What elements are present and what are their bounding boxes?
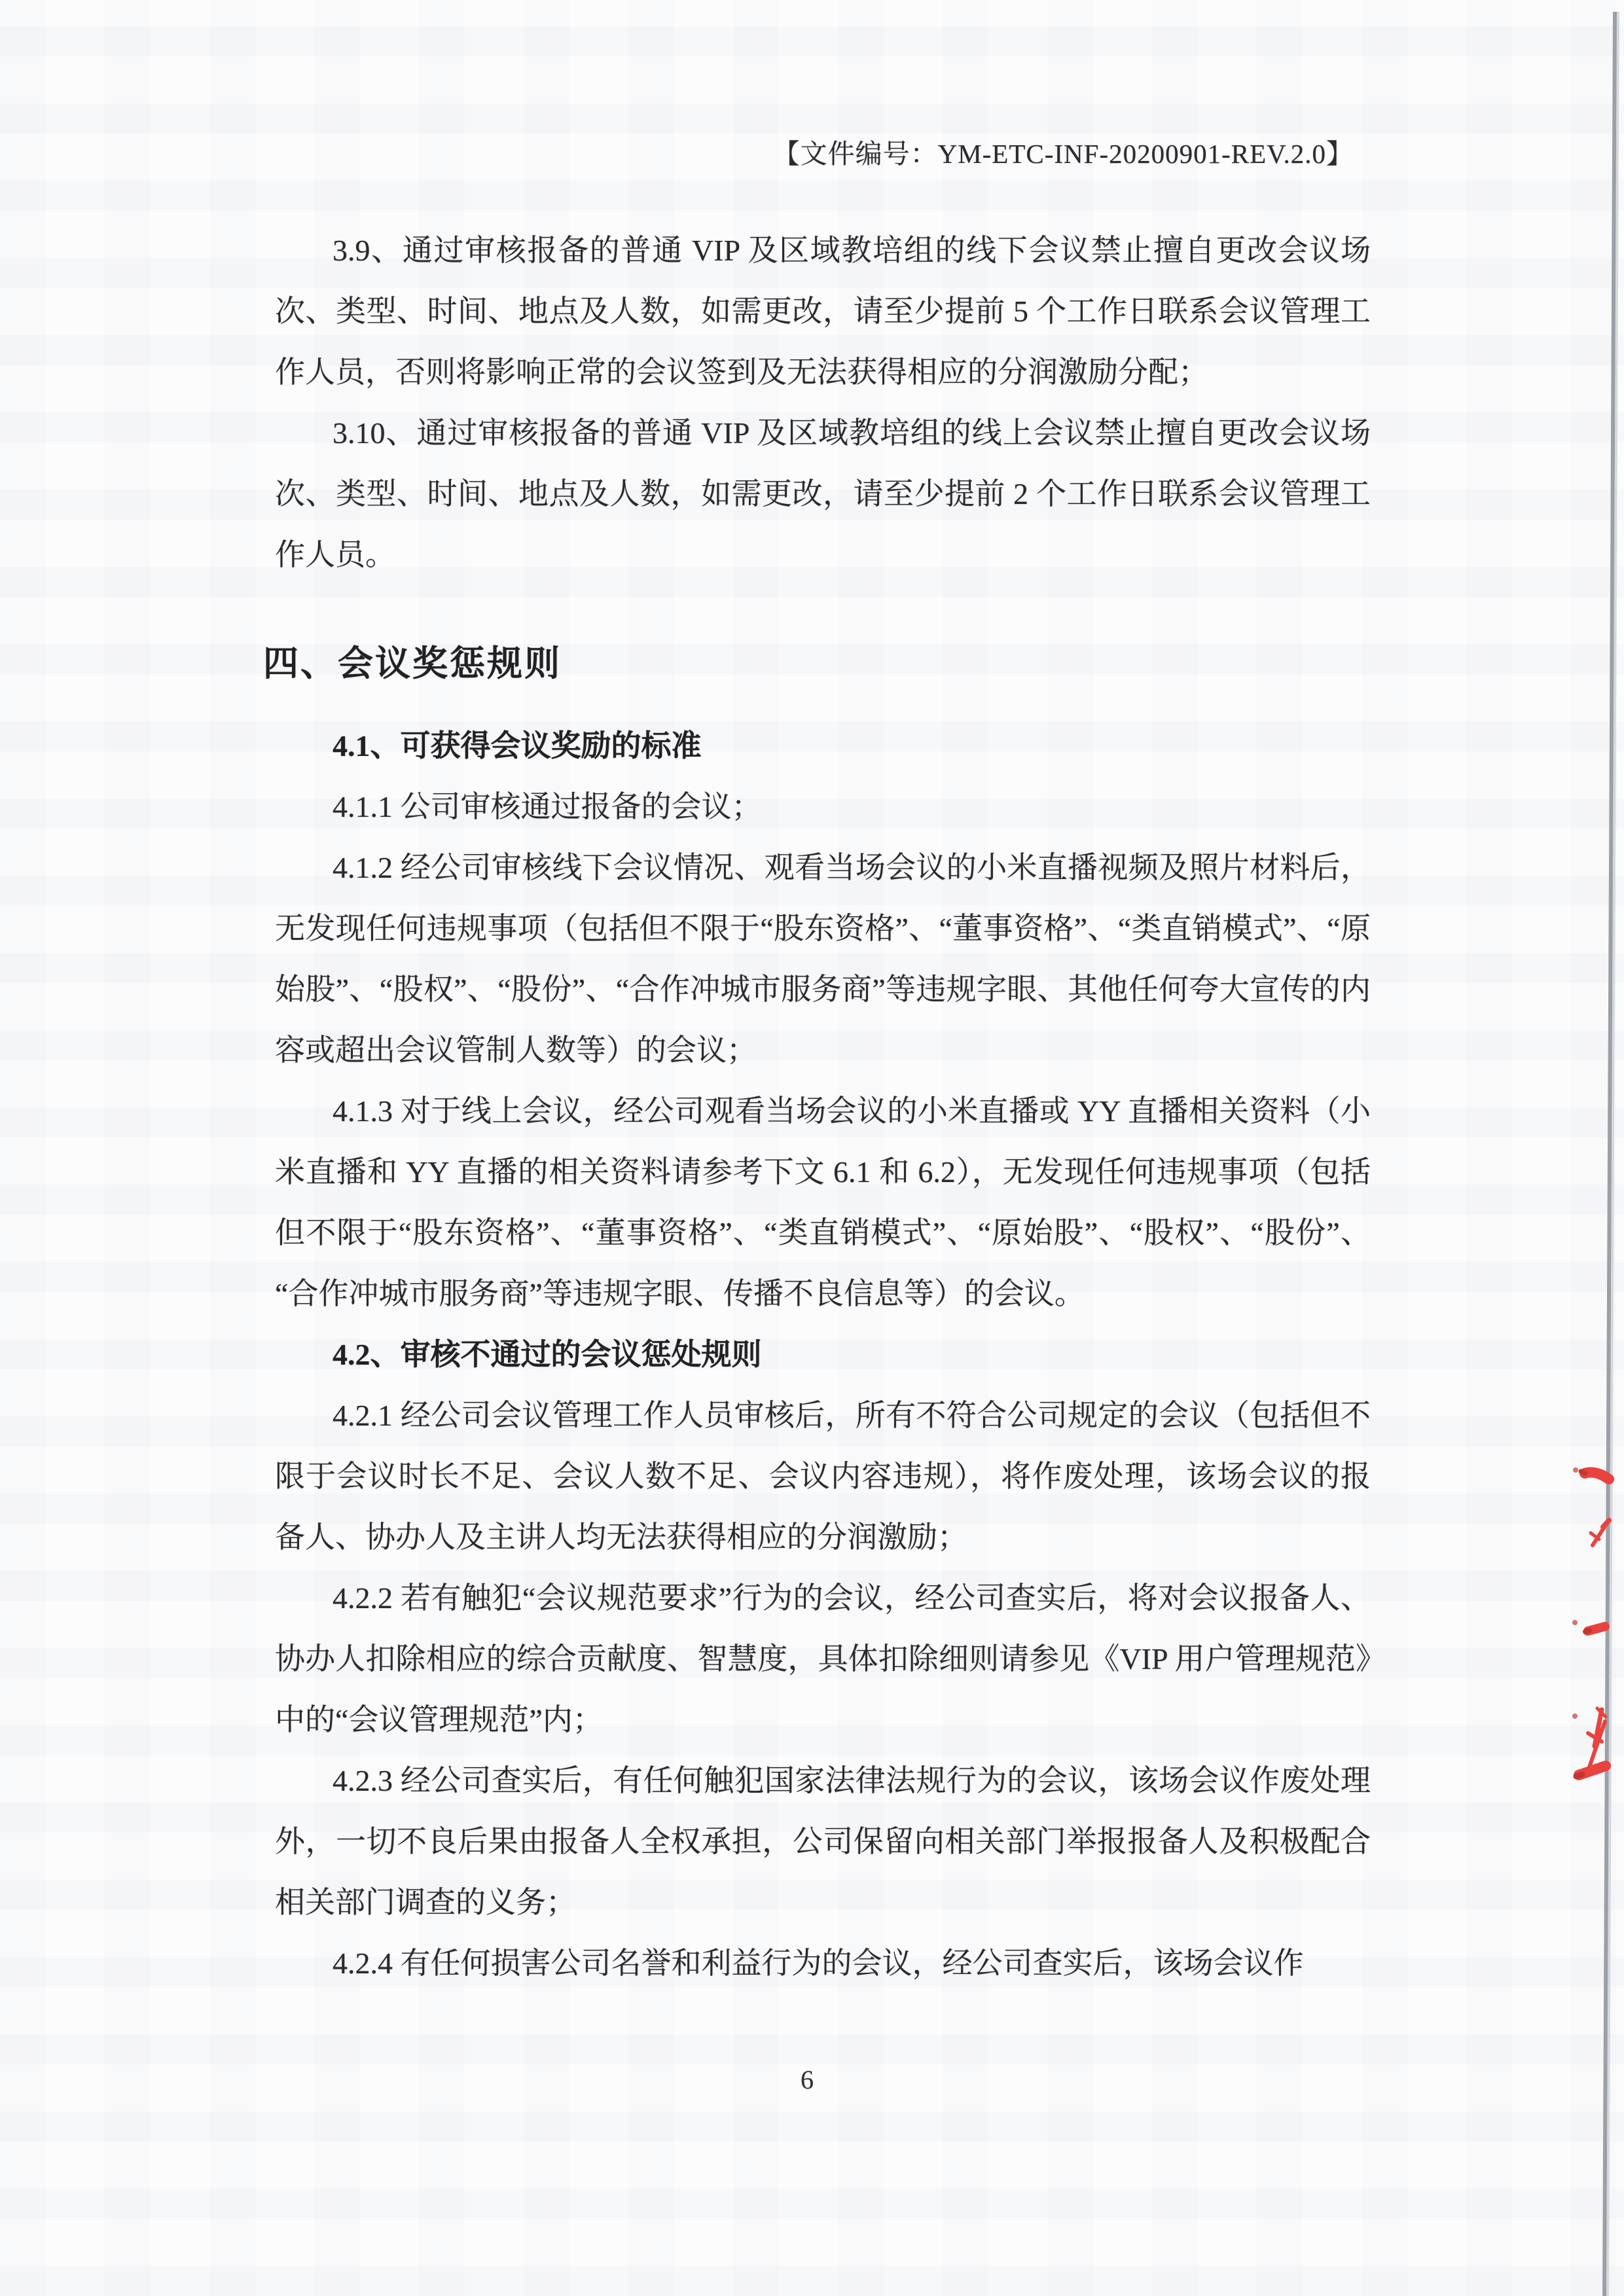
red-ink-dash-1 [1573, 1467, 1609, 1479]
paragraph-3-10: 3.10、通过审核报备的普通 VIP 及区域教培组的线上会议禁止擅自更改会议场次… [275, 403, 1371, 585]
red-ink-arrow [1591, 1520, 1609, 1545]
subheading-4-1: 4.1、可获得会议奖励的标准 [275, 715, 1371, 776]
paragraph-4-2-3: 4.2.3 经公司查实后，有任何触犯国家法律法规行为的会议，该场会议作废处理外，… [275, 1750, 1371, 1933]
section-heading: 四、会议奖惩规则 [263, 631, 1359, 696]
subheading-4-2: 4.2、审核不通过的会议惩处规则 [275, 1324, 1371, 1385]
paragraph-3-9: 3.9、通过审核报备的普通 VIP 及区域教培组的线下会议禁止擅自更改会议场次、… [275, 220, 1371, 403]
red-ink-scribble [1572, 1708, 1606, 1776]
document-number-header: 【文件编号：YM-ETC-INF-20200901-REV.2.0】 [275, 134, 1354, 173]
page-number: 6 [0, 2063, 1614, 2097]
paragraph-4-1-1: 4.1.1 公司审核通过报备的会议； [275, 776, 1371, 837]
scan-edge-line [1604, 12, 1618, 2296]
paragraph-4-2-2: 4.2.2 若有触犯“会议规范要求”行为的会议，经公司查实后，将对会议报备人、协… [275, 1568, 1371, 1750]
red-ink-dash-2 [1572, 1620, 1605, 1632]
scanned-document-page: 【文件编号：YM-ETC-INF-20200901-REV.2.0】 3.9、通… [0, 0, 1624, 2296]
red-ink-annotations [1572, 1467, 1609, 1776]
paragraph-4-2-1: 4.2.1 经公司会议管理工作人员审核后，所有不符合公司规定的会议（包括但不限于… [275, 1385, 1371, 1568]
paragraph-4-1-3: 4.1.3 对于线上会议，经公司观看当场会议的小米直播或 YY 直播相关资料（小… [275, 1081, 1371, 1324]
paragraph-4-1-2: 4.1.2 经公司审核线下会议情况、观看当场会议的小米直播视频及照片材料后，无发… [275, 837, 1371, 1081]
paragraph-4-2-4: 4.2.4 有任何损害公司名誉和利益行为的会议，经公司查实后，该场会议作 [275, 1933, 1371, 1994]
